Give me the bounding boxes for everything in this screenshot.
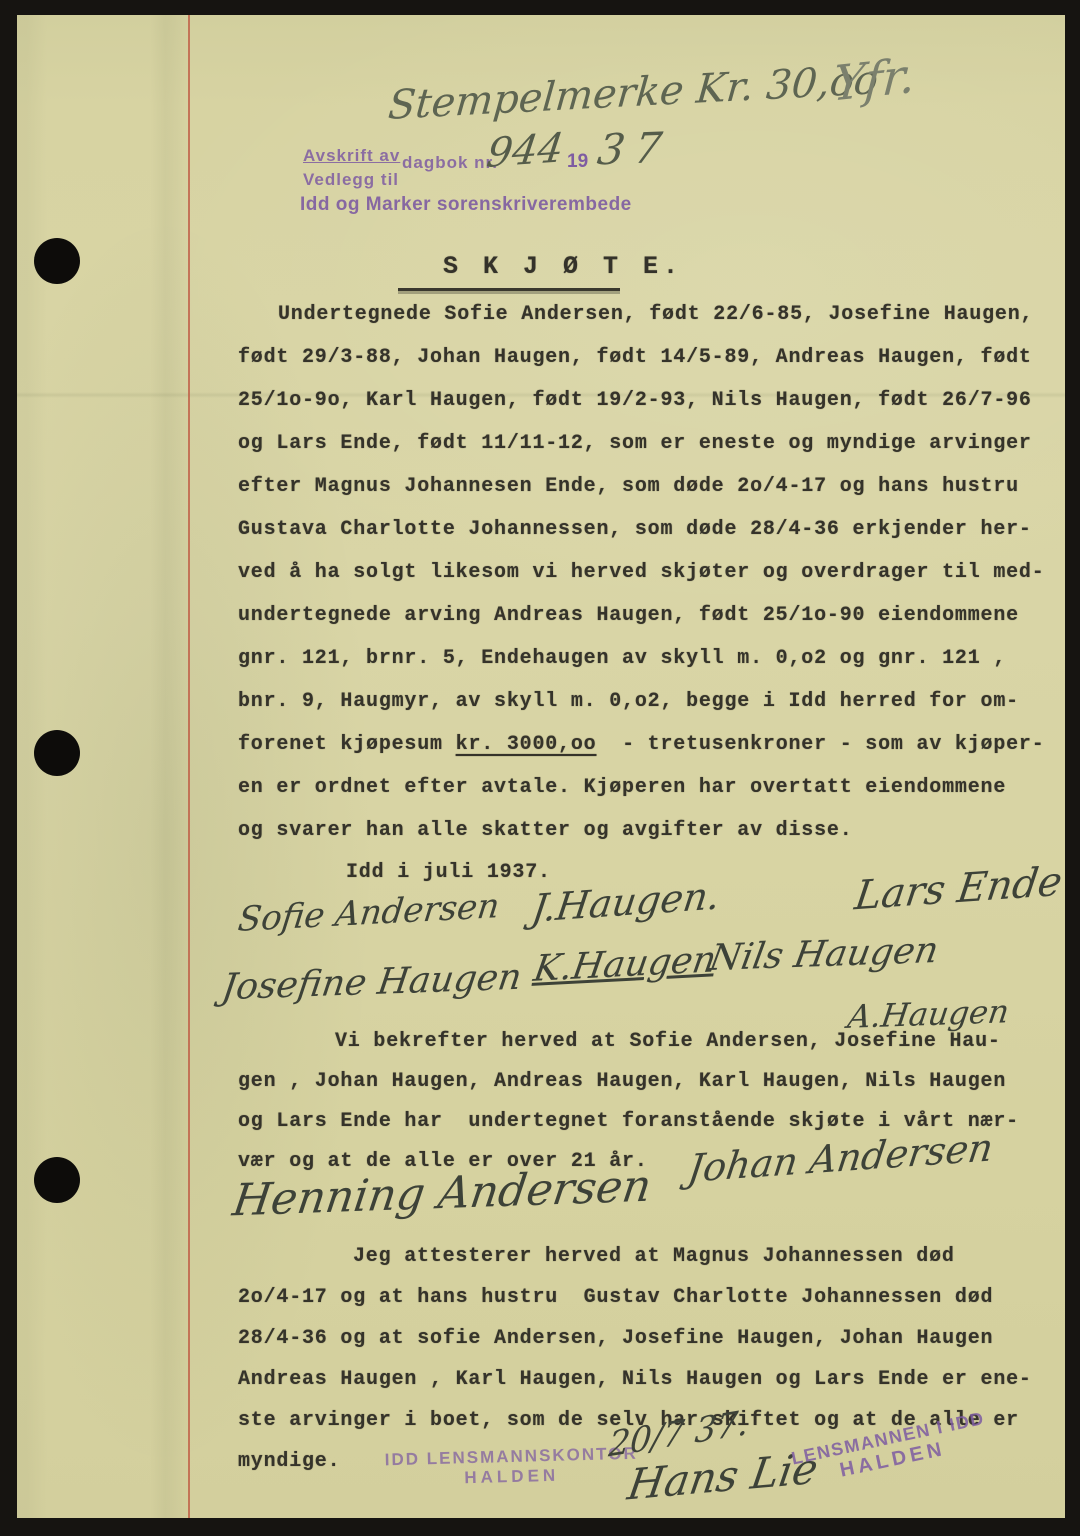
year-prefix-stamp: 19	[567, 151, 588, 173]
deed-line: ved å ha solgt likesom vi herved skjøter…	[238, 561, 1045, 584]
deed-line: en er ordnet efter avtale. Kjøperen har …	[238, 776, 1006, 799]
attestation-line: Andreas Haugen , Karl Haugen, Nils Hauge…	[238, 1368, 1032, 1391]
avskrift-stamp-line2: Vedlegg til	[303, 170, 399, 190]
deed-line: Gustava Charlotte Johannessen, som døde …	[238, 518, 1032, 541]
title-underline	[398, 288, 620, 291]
sum-prefix: forenet kjøpesum	[238, 733, 456, 756]
deed-line: efter Magnus Johannesen Ende, som døde 2…	[238, 475, 1019, 498]
year-hand: 37	[595, 123, 675, 175]
margin-line	[188, 15, 190, 1518]
punch-hole	[34, 1157, 80, 1203]
attestation-line: myndige.	[238, 1450, 340, 1473]
punch-hole	[34, 238, 80, 284]
attestation-line: Jeg attesterer herved at Magnus Johannes…	[353, 1245, 955, 1268]
punch-hole	[34, 730, 80, 776]
deed-line-purchase-sum: forenet kjøpesum kr. 3000,oo - tretusenk…	[238, 733, 1045, 756]
attestation-line: 2o/4-17 og at hans hustru Gustav Charlot…	[238, 1286, 993, 1309]
sorenskriver-office-stamp: Idd og Marker sorenskriverembede	[300, 194, 632, 216]
deed-line: og svarer han alle skatter og avgifter a…	[238, 819, 853, 842]
deed-line: født 29/3-88, Johan Haugen, født 14/5-89…	[238, 346, 1032, 369]
confirmation-line: gen , Johan Haugen, Andreas Haugen, Karl…	[238, 1070, 1006, 1093]
pencil-initials: Yfr.	[831, 47, 917, 112]
confirmation-line: Vi bekrefter herved at Sofie Andersen, J…	[335, 1030, 1001, 1053]
confirmation-line: og Lars Ende har undertegnet foranståend…	[238, 1110, 1019, 1133]
deed-line: undertegnede arving Andreas Haugen, født…	[238, 604, 1019, 627]
deed-line: bnr. 9, Haugmyr, av skyll m. 0,o2, begge…	[238, 690, 1019, 713]
fold-crease-vertical	[150, 15, 188, 1518]
lensmannskontor-stamp: IDD LENSMANNSKONTOR HALDEN	[385, 1444, 639, 1491]
attestation-line: 28/4-36 og at sofie Andersen, Josefine H…	[238, 1327, 993, 1350]
dagbok-label-stamp: dagbok nr.	[402, 153, 498, 173]
place-date-line: Idd i juli 1937.	[346, 861, 551, 884]
avskrift-stamp-line1: Avskrift av	[303, 146, 400, 166]
sum-suffix: - tretusenkroner - som av kjøper-	[596, 733, 1044, 756]
deed-line: Undertegnede Sofie Andersen, født 22/6-8…	[278, 303, 1033, 326]
deed-line: og Lars Ende, født 11/11-12, som er enes…	[238, 432, 1032, 455]
document-title: S K J Ø T E.	[443, 252, 683, 281]
deed-line: gnr. 121, brnr. 5, Endehaugen av skyll m…	[238, 647, 1006, 670]
signature-nils-haugen: Nils Haugen	[706, 930, 941, 979]
deed-line: 25/1o-9o, Karl Haugen, født 19/2-93, Nil…	[238, 389, 1032, 412]
sum-amount: kr. 3000,oo	[456, 733, 597, 756]
dagbok-number-hand: 944	[484, 125, 567, 177]
